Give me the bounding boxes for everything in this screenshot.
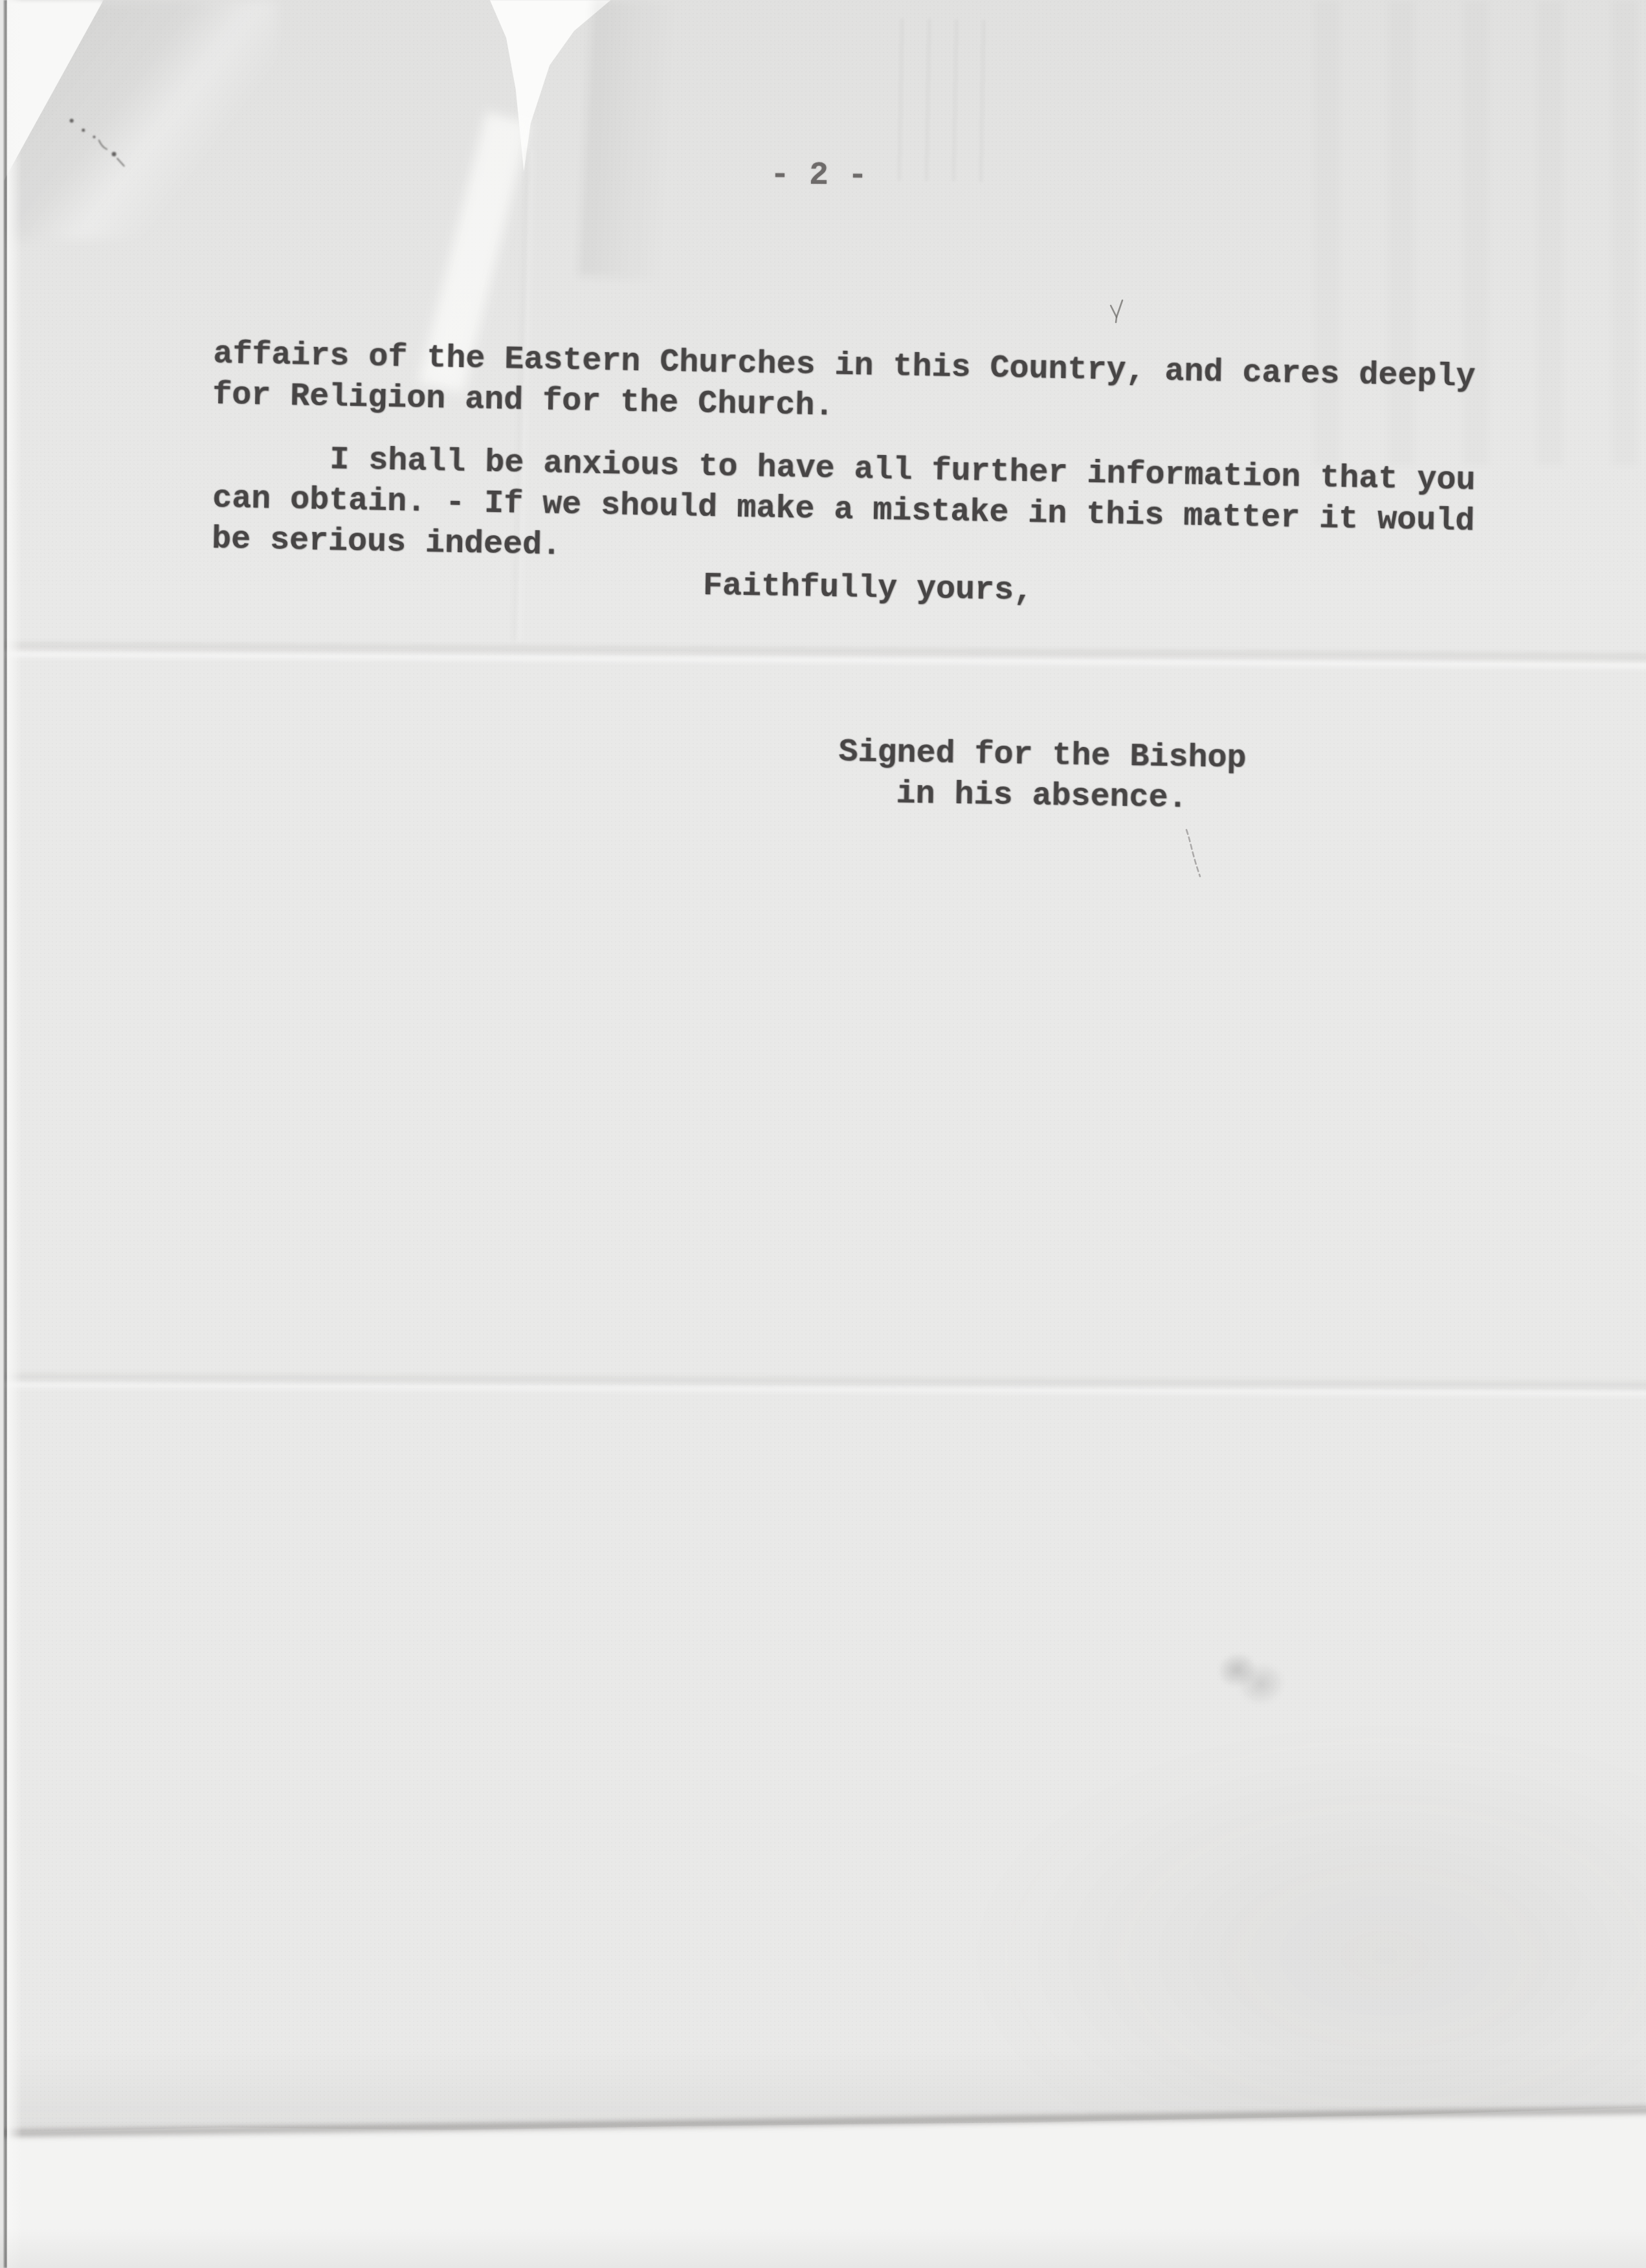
page-number: - 2 - [770, 155, 867, 196]
paper-sheet: - 2 - affairs of the Eastern Churches in… [0, 0, 1646, 2149]
closing-line: Faithfully yours, [703, 566, 1034, 612]
paper-tear-shadow [579, 0, 677, 280]
bottom-edge-shading [0, 2052, 1646, 2129]
fold-line-upper [0, 638, 1646, 672]
paper-fiber-streaks [898, 19, 998, 183]
paragraph-2: I shall be anxious to have all further i… [212, 438, 1476, 583]
paragraph-1: affairs of the Eastern Churches in this … [212, 334, 1476, 439]
ink-scribble-mark [61, 114, 139, 175]
signature-block: Signed for the Bishop in his absence. [827, 732, 1258, 820]
pencil-smudge [1206, 1633, 1295, 1722]
stray-typed-mark [1108, 298, 1129, 326]
fold-line-lower [0, 1369, 1646, 1400]
scanned-letter-page: - 2 - affairs of the Eastern Churches in… [0, 0, 1646, 2268]
scratch-mark [1184, 828, 1204, 879]
